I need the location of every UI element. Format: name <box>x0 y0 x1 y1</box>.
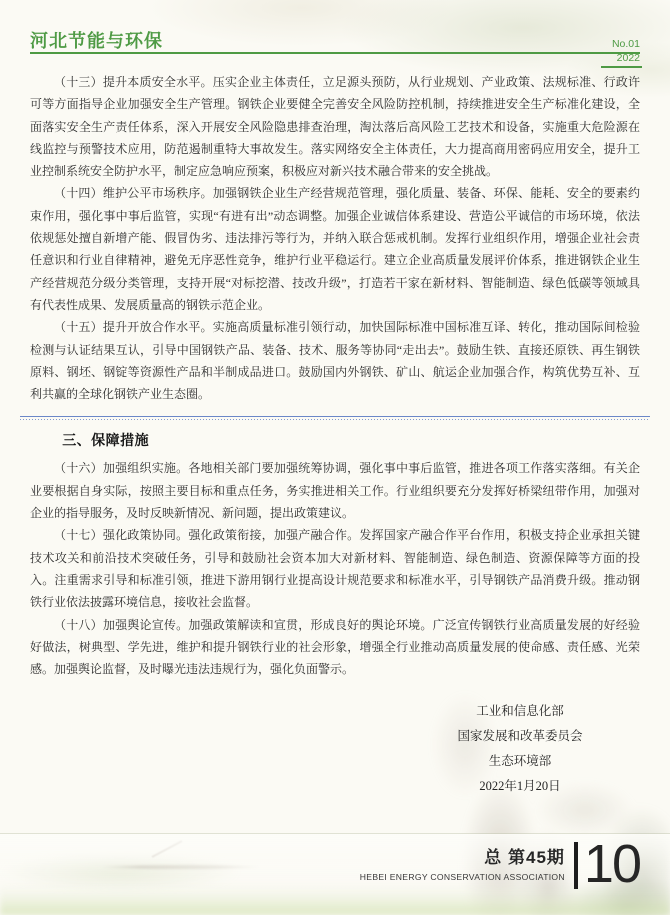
section-heading: 三、保障措施 <box>30 430 640 450</box>
journal-title: 河北节能与环保 <box>30 32 163 50</box>
page-header: 河北节能与环保 No.01 2022 <box>30 32 640 54</box>
paragraph-13: （十三）提升本质安全水平。压实企业主体责任，立足源头预防，从行业规划、产业政策、… <box>30 71 640 182</box>
page-number: 10 <box>584 841 640 889</box>
signature-line-ecology-ministry: 生态环境部 <box>380 749 660 774</box>
footer-association-name: HEBEI ENERGY CONSERVATION ASSOCIATION <box>360 872 565 882</box>
signature-line-ministry-industry: 工业和信息化部 <box>380 699 660 724</box>
signature-date: 2022年1月20日 <box>380 774 660 799</box>
signature-line-ndrc: 国家发展和改革委员会 <box>380 724 660 749</box>
paragraph-18: （十八）加强舆论宣传。加强政策解读和宣贯，形成良好的舆论环境。广泛宣传钢铁行业高… <box>30 614 640 681</box>
footer-issue-label: 总 第45期 <box>360 848 565 868</box>
article-body-part1: （十三）提升本质安全水平。压实企业主体责任，立足源头预防，从行业规划、产业政策、… <box>30 71 640 405</box>
page-footer: 总 第45期 HEBEI ENERGY CONSERVATION ASSOCIA… <box>0 836 670 894</box>
paragraph-15: （十五）提升开放合作水平。实施高质量标准引领行动，加快国际标准中国标准互译、转化… <box>30 316 640 405</box>
issue-year: 2022 <box>601 53 642 68</box>
article-body-part2: （十六）加强组织实施。各地相关部门要加强统筹协调，强化事中事后监管，推进各项工作… <box>30 457 640 680</box>
signature-block: 工业和信息化部 国家发展和改革委员会 生态环境部 2022年1月20日 <box>380 699 660 799</box>
paragraph-17: （十七）强化政策协同。强化政策衔接，加强产融合作。发挥国家产融合作平台作用，积极… <box>30 524 640 613</box>
paragraph-14: （十四）维护公平市场秩序。加强钢铁企业生产经营规范管理，强化质量、装备、环保、能… <box>30 182 640 316</box>
document-page: 河北节能与环保 No.01 2022 （十三）提升本质安全水平。压实企业主体责任… <box>0 32 670 799</box>
paragraph-16: （十六）加强组织实施。各地相关部门要加强统筹协调，强化事中事后监管，推进各项工作… <box>30 457 640 524</box>
section-divider-rule <box>20 416 650 420</box>
footer-issue-info: 总 第45期 HEBEI ENERGY CONSERVATION ASSOCIA… <box>360 848 565 881</box>
footer-divider-bar <box>574 842 578 889</box>
issue-number: No.01 <box>612 39 640 51</box>
